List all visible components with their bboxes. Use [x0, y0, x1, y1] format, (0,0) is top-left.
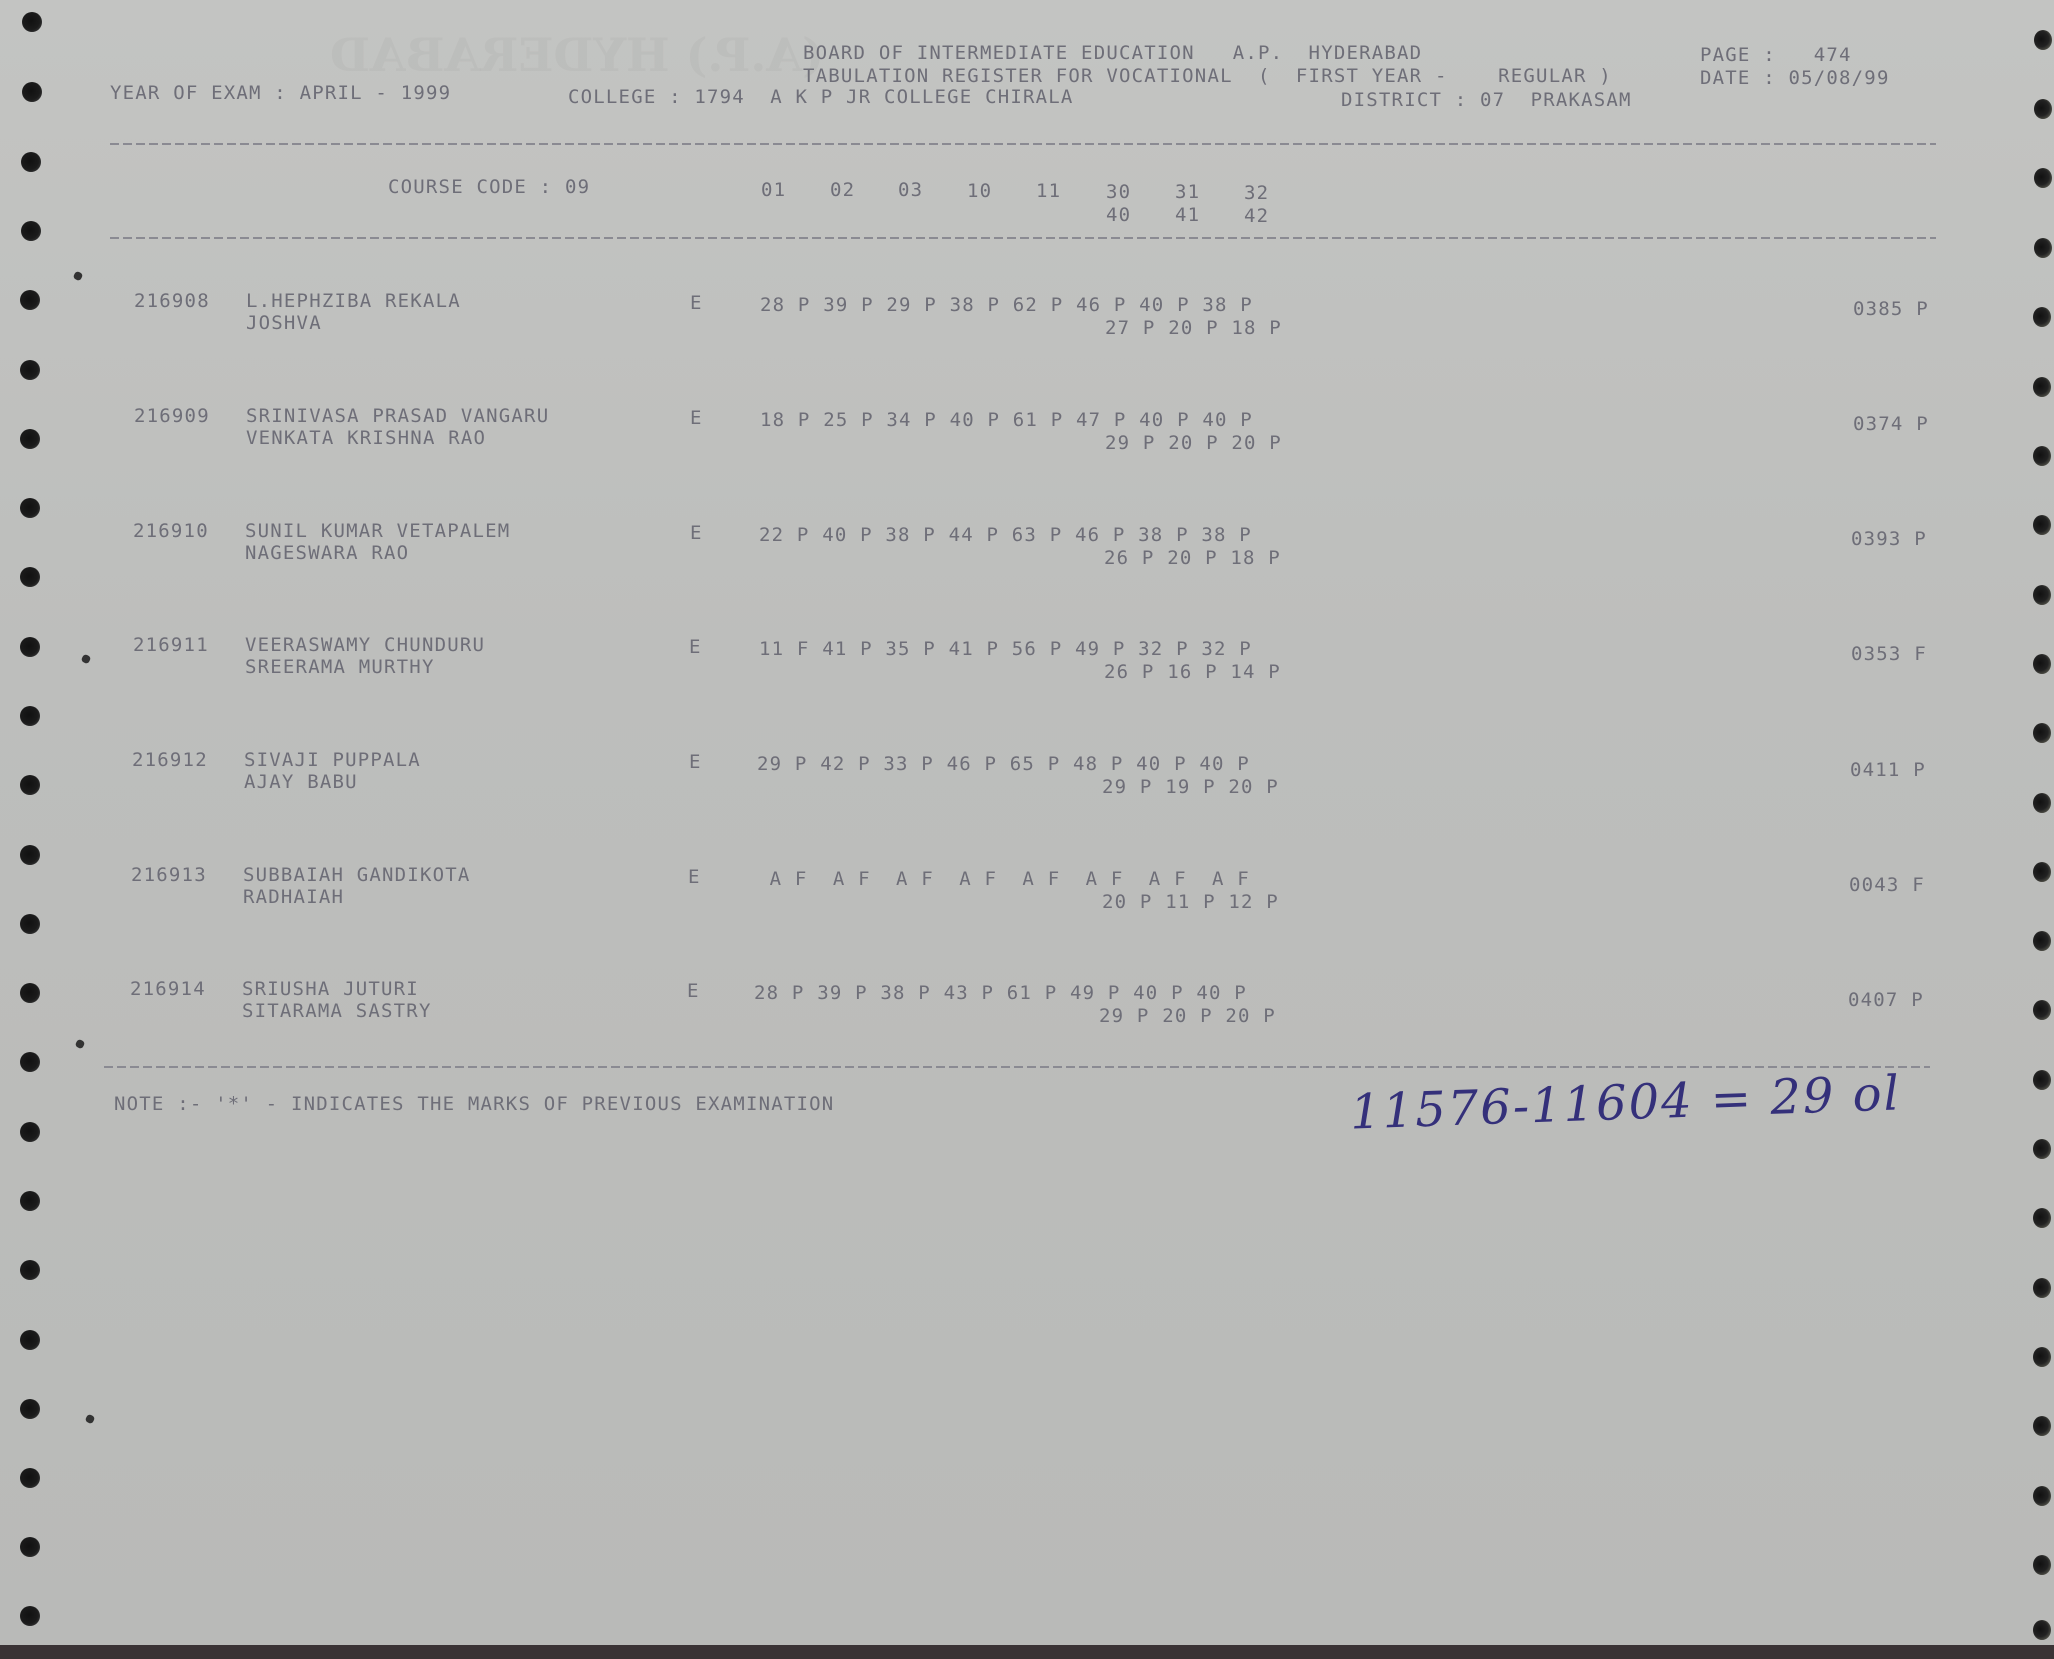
- columns-divider: [110, 237, 1936, 239]
- student-name: SRIUSHA JUTURI: [242, 978, 419, 1000]
- ink-speck-icon: [73, 271, 84, 282]
- medium: E: [689, 636, 702, 658]
- hall-ticket-number: 216910: [133, 520, 209, 542]
- feed-hole-icon: [20, 567, 40, 587]
- table-surface: [0, 1645, 2054, 1659]
- parent-name: SREERAMA MURTHY: [245, 656, 435, 678]
- feed-hole-icon: [2033, 377, 2051, 397]
- parent-name: JOSHVA: [246, 312, 322, 334]
- parent-name: AJAY BABU: [244, 771, 358, 793]
- marks-row-1: A F A F A F A F A F A F A F A F: [757, 868, 1250, 890]
- medium: E: [689, 751, 702, 773]
- marks-row-1: 28 P 39 P 29 P 38 P 62 P 46 P 40 P 38 P: [760, 294, 1253, 316]
- feed-hole-icon: [2033, 1070, 2051, 1090]
- hall-ticket-number: 216913: [131, 864, 207, 886]
- subject-code-32: 32: [1244, 182, 1269, 204]
- college-info: COLLEGE : 1794 A K P JR COLLEGE CHIRALA: [568, 86, 1074, 108]
- feed-hole-icon: [20, 1399, 40, 1419]
- feed-hole-icon: [20, 1191, 40, 1211]
- parent-name: NAGESWARA RAO: [245, 542, 409, 564]
- print-date: DATE : 05/08/99: [1700, 67, 1890, 89]
- feed-hole-icon: [2034, 168, 2052, 188]
- student-record: 216911 VEERASWAMY CHUNDURU SREERAMA MURT…: [0, 634, 2054, 684]
- feed-hole-icon: [2033, 1139, 2051, 1159]
- subject-code-40: 40: [1106, 204, 1131, 226]
- total-result: 0353 F: [1851, 643, 1927, 665]
- course-code-label: COURSE CODE : 09: [388, 176, 590, 198]
- subject-code-03: 03: [898, 179, 923, 201]
- feed-hole-icon: [20, 1052, 40, 1072]
- feed-hole-icon: [20, 360, 40, 380]
- marks-row-2: 26 P 20 P 18 P: [1104, 547, 1281, 569]
- total-result: 0385 P: [1853, 298, 1929, 320]
- total-result: 0043 F: [1849, 874, 1925, 896]
- marks-row-1: 28 P 39 P 38 P 43 P 61 P 49 P 40 P 40 P: [754, 982, 1247, 1004]
- district-info: DISTRICT : 07 PRAKASAM: [1341, 89, 1632, 111]
- feed-hole-icon: [21, 221, 41, 241]
- footnote: NOTE :- '*' - INDICATES THE MARKS OF PRE…: [114, 1093, 834, 1115]
- marks-row-1: 29 P 42 P 33 P 46 P 65 P 48 P 40 P 40 P: [757, 753, 1250, 775]
- hall-ticket-number: 216911: [133, 634, 209, 656]
- feed-hole-icon: [2033, 1620, 2051, 1640]
- subject-code-30: 30: [1106, 181, 1131, 203]
- ink-speck-icon: [75, 1039, 86, 1050]
- feed-hole-icon: [20, 914, 40, 934]
- page-number: PAGE : 474: [1700, 44, 1852, 66]
- student-name: L.HEPHZIBA REKALA: [246, 290, 461, 312]
- medium: E: [687, 980, 700, 1002]
- marks-row-2: 26 P 16 P 14 P: [1104, 661, 1281, 683]
- subject-code-10: 10: [967, 180, 992, 202]
- medium: E: [690, 522, 703, 544]
- feed-hole-icon: [21, 152, 41, 172]
- feed-hole-icon: [20, 845, 40, 865]
- subject-code-01: 01: [761, 179, 786, 201]
- subject-code-02: 02: [830, 179, 855, 201]
- marks-row-1: 11 F 41 P 35 P 41 P 56 P 49 P 32 P 32 P: [759, 638, 1252, 660]
- hall-ticket-number: 216908: [134, 290, 210, 312]
- feed-hole-icon: [20, 1260, 40, 1280]
- student-name: VEERASWAMY CHUNDURU: [245, 634, 485, 656]
- register-title: TABULATION REGISTER FOR VOCATIONAL ( FIR…: [803, 65, 1612, 87]
- tabulation-register-sheet: (A.P.) HYDERABAD BOARD OF: [0, 0, 2054, 1645]
- student-record: 216912 SIVAJI PUPPALA AJAY BABU E 29 P 4…: [0, 749, 2054, 799]
- student-name: SRINIVASA PRASAD VANGARU: [246, 405, 549, 427]
- marks-row-1: 18 P 25 P 34 P 40 P 61 P 47 P 40 P 40 P: [760, 409, 1253, 431]
- feed-hole-icon: [2033, 1208, 2051, 1228]
- feed-hole-icon: [2034, 30, 2052, 50]
- hall-ticket-number: 216912: [132, 749, 208, 771]
- header-divider: [110, 143, 1936, 145]
- marks-row-2: 27 P 20 P 18 P: [1105, 317, 1282, 339]
- student-record: 216913 SUBBAIAH GANDIKOTA RADHAIAH E A F…: [0, 864, 2054, 914]
- student-name: SUBBAIAH GANDIKOTA: [243, 864, 471, 886]
- feed-hole-icon: [20, 1606, 40, 1626]
- student-record: 216914 SRIUSHA JUTURI SITARAMA SASTRY E …: [0, 978, 2054, 1028]
- marks-row-1: 22 P 40 P 38 P 44 P 63 P 46 P 38 P 38 P: [759, 524, 1252, 546]
- ghost-bleed-text: (A.P.) HYDERABAD: [330, 28, 824, 82]
- feed-hole-icon: [22, 82, 42, 102]
- student-record: 216908 L.HEPHZIBA REKALA JOSHVA E 28 P 3…: [0, 290, 2054, 340]
- feed-hole-icon: [2034, 99, 2052, 119]
- student-name: SUNIL KUMAR VETAPALEM: [245, 520, 510, 542]
- board-title: BOARD OF INTERMEDIATE EDUCATION A.P. HYD…: [803, 42, 1422, 64]
- student-record: 216910 SUNIL KUMAR VETAPALEM NAGESWARA R…: [0, 520, 2054, 570]
- feed-hole-icon: [2033, 1486, 2051, 1506]
- feed-hole-icon: [20, 1537, 40, 1557]
- feed-hole-icon: [22, 12, 42, 32]
- student-record: 216909 SRINIVASA PRASAD VANGARU VENKATA …: [0, 405, 2054, 455]
- medium: E: [688, 866, 701, 888]
- subject-code-42: 42: [1244, 205, 1269, 227]
- marks-row-2: 29 P 20 P 20 P: [1099, 1005, 1276, 1027]
- feed-hole-icon: [2033, 723, 2051, 743]
- parent-name: RADHAIAH: [243, 886, 344, 908]
- total-result: 0411 P: [1850, 759, 1926, 781]
- hall-ticket-number: 216909: [134, 405, 210, 427]
- subject-code-41: 41: [1175, 204, 1200, 226]
- feed-hole-icon: [20, 1122, 40, 1142]
- subject-code-31: 31: [1175, 181, 1200, 203]
- student-name: SIVAJI PUPPALA: [244, 749, 421, 771]
- feed-hole-icon: [2034, 238, 2052, 258]
- total-result: 0407 P: [1848, 989, 1924, 1011]
- marks-row-2: 29 P 19 P 20 P: [1102, 776, 1279, 798]
- subject-code-11: 11: [1036, 180, 1061, 202]
- handwritten-annotation: 11576-11604 = 29 ol: [1349, 1065, 1902, 1140]
- feed-hole-icon: [20, 1468, 40, 1488]
- parent-name: VENKATA KRISHNA RAO: [246, 427, 486, 449]
- medium: E: [690, 407, 703, 429]
- feed-hole-icon: [2033, 1278, 2051, 1298]
- marks-row-2: 20 P 11 P 12 P: [1102, 891, 1279, 913]
- ink-speck-icon: [85, 1414, 96, 1425]
- total-result: 0374 P: [1853, 413, 1929, 435]
- feed-hole-icon: [2033, 585, 2051, 605]
- feed-hole-icon: [20, 706, 40, 726]
- total-result: 0393 P: [1851, 528, 1927, 550]
- year-of-exam: YEAR OF EXAM : APRIL - 1999: [110, 82, 451, 104]
- feed-hole-icon: [2033, 931, 2051, 951]
- parent-name: SITARAMA SASTRY: [242, 1000, 432, 1022]
- medium: E: [690, 292, 703, 314]
- feed-hole-icon: [20, 1330, 40, 1350]
- feed-hole-icon: [2033, 1347, 2051, 1367]
- hall-ticket-number: 216914: [130, 978, 206, 1000]
- feed-hole-icon: [20, 498, 40, 518]
- marks-row-2: 29 P 20 P 20 P: [1105, 432, 1282, 454]
- feed-hole-icon: [2033, 1416, 2051, 1436]
- feed-hole-icon: [2033, 1555, 2051, 1575]
- records-divider: [104, 1066, 1930, 1068]
